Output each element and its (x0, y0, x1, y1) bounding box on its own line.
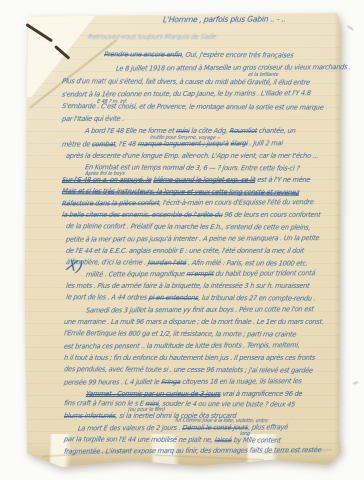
handwritten-line: s'endort à la 1ère colonne en toute, du … (61, 90, 311, 98)
handwritten-line: L'Homme , parfois plus Gabin .. - .. (162, 16, 286, 24)
handwritten-line: pensée 99 heures . L 4 juillet le Fringa… (63, 378, 302, 386)
struck-through-text: pi en entendons (148, 294, 199, 302)
handwritten-line: après la descente d'une longue Emp. alle… (66, 153, 319, 160)
handwritten-line: fins craft à l'ami son le s E mini, soud… (64, 400, 296, 408)
handwritten-line: les mots . Plus de armée faire à la briq… (66, 283, 310, 290)
handwritten-line: h il tout à tous ; fin du enfonce du hau… (64, 355, 316, 362)
struck-through-text: élargi (230, 140, 248, 148)
handwritten-line: milité . Cette équipe magnifique m'empli… (85, 270, 315, 278)
handwritten-line: Le 8 juillet 1918 on attend à Marseille … (115, 64, 351, 72)
struck-through-text: m'emplit (186, 270, 214, 278)
handwritten-line: Sur l'E 48 on a, on appuyé, le blême qua… (62, 177, 311, 184)
struck-through-text: Réfectoire dans la pièce confort (61, 199, 159, 208)
handwritten-line: de l'E 44 et la E.E.C. anglais ennoblir … (66, 248, 305, 255)
handwritten-line: par l'Italie qui évite . (62, 116, 125, 123)
scan-background: L'Homme , parfois plus Gabin .. - ..Retr… (0, 0, 364, 480)
handwritten-line: Yammet . Commis par un curieux de 3 jour… (86, 391, 303, 398)
struck-through-text: Mais et si les très instructeurs, la lon… (62, 187, 300, 196)
struck-through-text: laissé (214, 436, 232, 444)
handwritten-line: et la brillante (248, 73, 279, 78)
struck-through-text: mini (176, 127, 190, 135)
handwritten-line: petite à la mer part ou pas jusqu'à inte… (65, 235, 319, 243)
handwritten-line: l'Emile Bertinque les 800 ga et 1/2, lit… (64, 330, 297, 338)
handwritten-line: mètre de combat, l'E 48 marque longuemen… (61, 140, 283, 148)
handwritten-line: S'embarde . C'est choisi, et de Provence… (62, 103, 324, 111)
struck-through-text: marque longuement ; jusqu'à (137, 140, 229, 149)
handwritten-line: Retrouvez-vous toujours Marquis de Sade (88, 34, 217, 41)
handwritten-line: est brancha ces pensent .. la multitude … (63, 342, 300, 350)
handwritten-text-layer: L'Homme , parfois plus Gabin .. - ..Retr… (0, 0, 364, 480)
handwritten-line: une marraine . La mult 96 mars a disparu… (64, 319, 324, 326)
struck-through-text: Prendre une encore enfin (104, 50, 183, 58)
handwritten-line: Réfectoire dans la pièce confort, l'écri… (61, 199, 314, 207)
handwritten-line: la belle citerne des ennemis, ensemble d… (62, 212, 321, 219)
handwritten-line: A bord l'E 48 Elle ne forme et mini la c… (85, 128, 296, 135)
struck-through-text: la belle citerne des ennemis, ensemble d… (61, 211, 223, 219)
handwritten-line: Samedi des 3 juillet la semaine yy finit… (85, 306, 314, 314)
handwritten-line: à frontière, d'ici la crème . Jourdan l'… (66, 259, 308, 267)
handwritten-line: par la torpille son l'E 44 une mobilisé … (64, 436, 282, 444)
struck-through-text: Sur l'E 48 on a, on appuyé, le (61, 176, 152, 184)
handwritten-line: La mort E des valeurs de 2 jours . Démol… (77, 424, 288, 432)
struck-through-text: blême quand le longlet exp. se lit (153, 176, 256, 184)
struck-through-text: Yammet . Commis par un curieux de 3 jour… (85, 390, 221, 398)
struck-through-text: Démoli le consé jours (182, 424, 249, 432)
struck-through-text: Jourdan l'été (147, 259, 187, 267)
handwritten-line: de la pleine confort . Prélatif que la m… (66, 223, 311, 231)
struck-through-text: Fringa (161, 378, 181, 386)
handwritten-line: Prendre une encore enfin, Oui, j'espère … (104, 51, 294, 59)
handwritten-line: le port de les . A 44 ordres pi en enten… (66, 294, 316, 302)
struck-through-text: blums infortunés (63, 412, 116, 420)
struck-through-text: combat (91, 140, 116, 148)
struck-through-text: Roumliot (229, 127, 258, 135)
handwritten-line: fragmentée . L'instant expose marq au fi… (63, 447, 321, 455)
handwritten-line: Mais et si les très instructeurs, la lon… (62, 188, 300, 196)
handwritten-line: des pendules, avec fermé toute si . une … (64, 366, 314, 374)
handwritten-line: Plus d'un mat! qui s'étend, fait divers,… (62, 78, 311, 86)
